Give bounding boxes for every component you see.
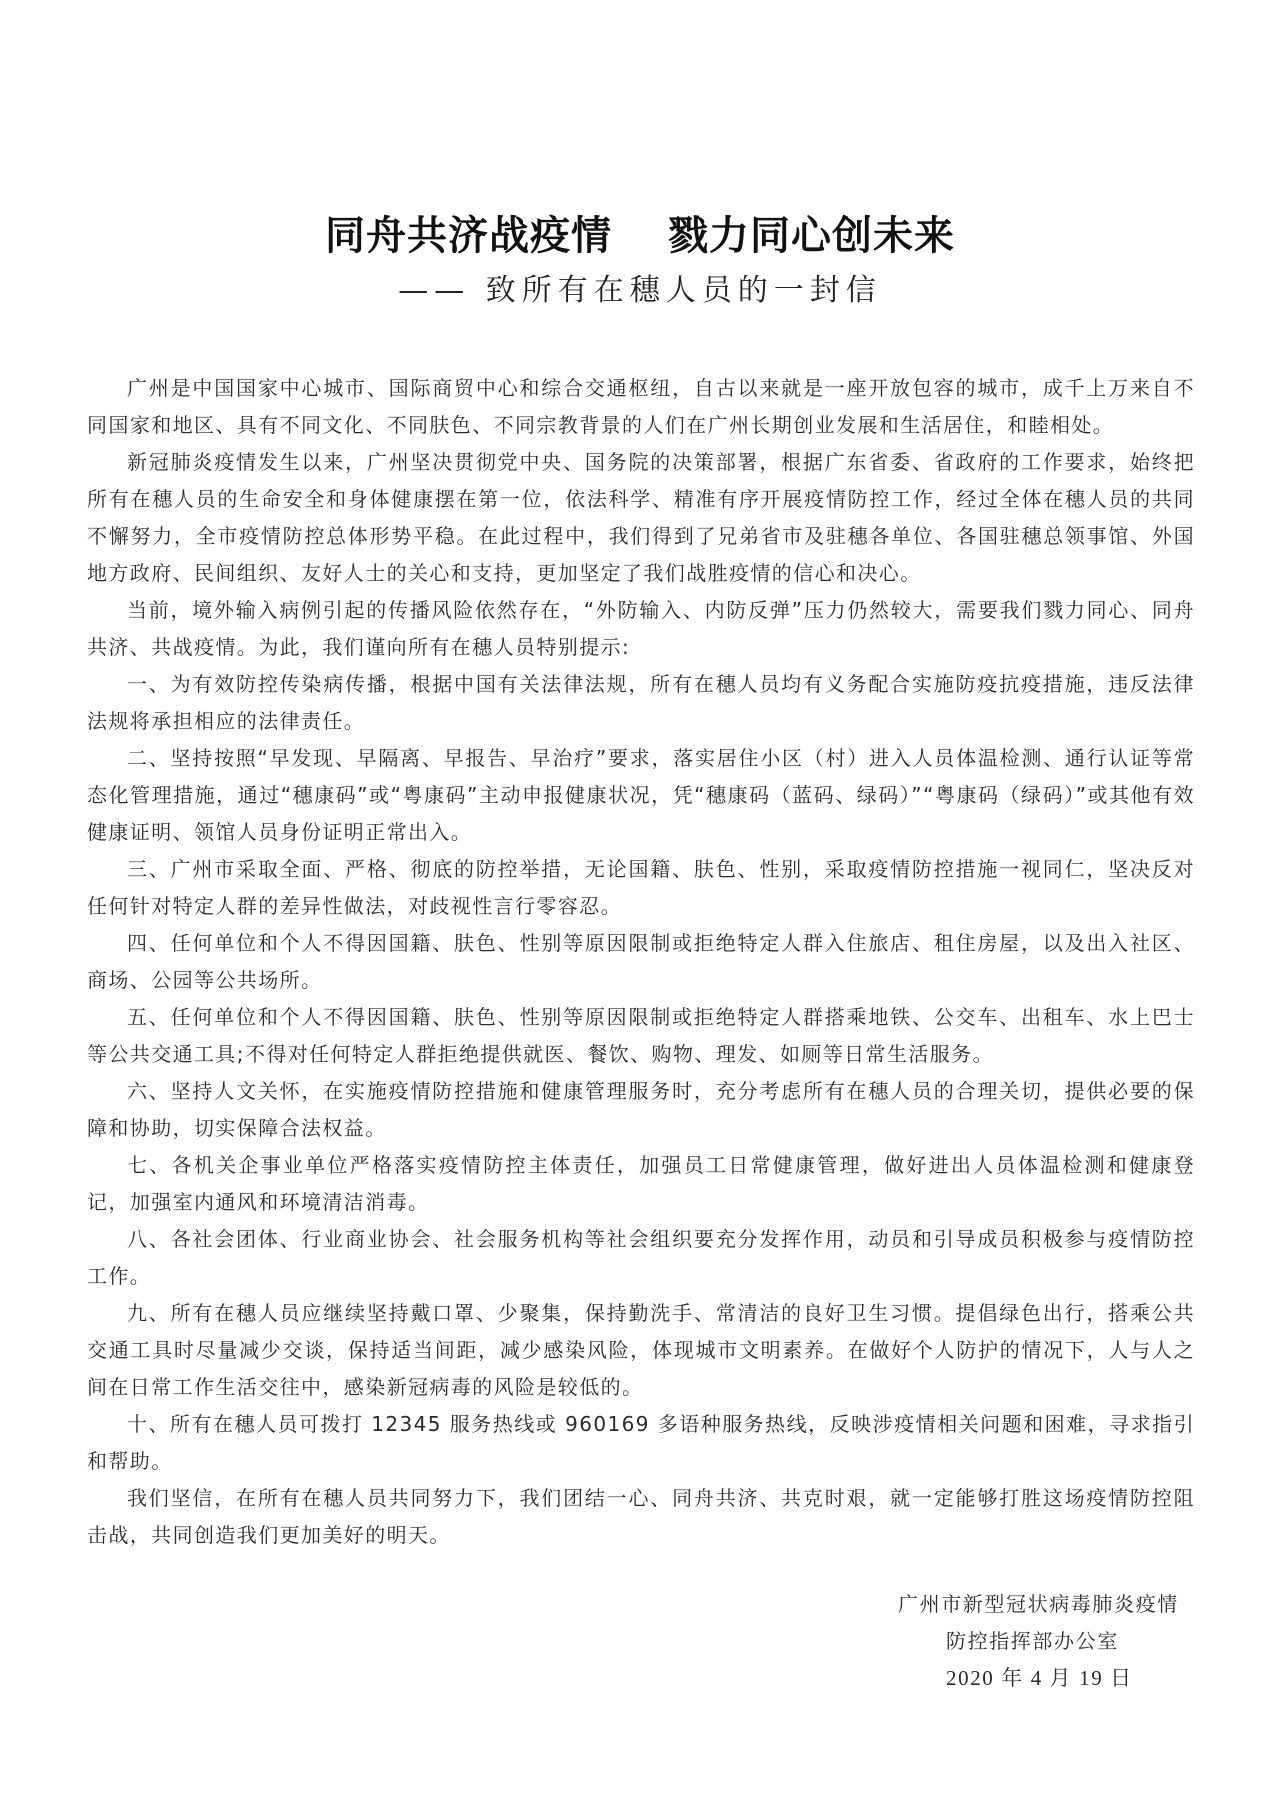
paragraph-item-7: 七、各机关企事业单位严格落实疫情防控主体责任，加强员工日常健康管理，做好进出人员… xyxy=(87,1147,1195,1221)
signature-org-line-1: 广州市新型冠状病毒肺炎疫情 xyxy=(860,1586,1200,1623)
paragraph-current-situation: 当前，境外输入病例引起的传播风险依然存在，“外防输入、内防反弹”压力仍然较大，需… xyxy=(87,592,1195,666)
page-subtitle: —— 致所有在穗人员的一封信 xyxy=(0,270,1280,312)
letter-body: 广州是中国国家中心城市、国际商贸中心和综合交通枢纽，自古以来就是一座开放包容的城… xyxy=(87,370,1195,1554)
paragraph-item-8: 八、各社会团体、行业商业协会、社会服务机构等社会组织要充分发挥作用，动员和引导成… xyxy=(87,1221,1195,1295)
paragraph-item-10: 十、所有在穗人员可拨打 12345 服务热线或 960169 多语种服务热线，反… xyxy=(87,1406,1195,1480)
paragraph-item-2: 二、坚持按照“早发现、早隔离、早报告、早治疗”要求，落实居住小区（村）进入人员体… xyxy=(87,740,1195,851)
paragraph-item-4: 四、任何单位和个人不得因国籍、肤色、性别等原因限制或拒绝特定人群入住旅店、租住房… xyxy=(87,925,1195,999)
paragraph-intro: 广州是中国国家中心城市、国际商贸中心和综合交通枢纽，自古以来就是一座开放包容的城… xyxy=(87,370,1195,444)
document-page: 同舟共济战疫情 戮力同心创未来 —— 致所有在穗人员的一封信 广州是中国国家中心… xyxy=(0,0,1280,1811)
signature-date: 2020 年 4 月 19 日 xyxy=(860,1660,1200,1697)
signature-org-line-2: 防控指挥部办公室 xyxy=(860,1623,1200,1660)
paragraph-item-6: 六、坚持人文关怀，在实施疫情防控措施和健康管理服务时，充分考虑所有在穗人员的合理… xyxy=(87,1073,1195,1147)
paragraph-item-9: 九、所有在穗人员应继续坚持戴口罩、少聚集，保持勤洗手、常清洁的良好卫生习惯。提倡… xyxy=(87,1295,1195,1406)
paragraph-background: 新冠肺炎疫情发生以来，广州坚决贯彻党中央、国务院的决策部署，根据广东省委、省政府… xyxy=(87,444,1195,592)
paragraph-closing: 我们坚信，在所有在穗人员共同努力下，我们团结一心、同舟共济、共克时艰，就一定能够… xyxy=(87,1480,1195,1554)
paragraph-item-3: 三、广州市采取全面、严格、彻底的防控举措，无论国籍、肤色、性别，采取疫情防控措施… xyxy=(87,851,1195,925)
signature-block: 广州市新型冠状病毒肺炎疫情 防控指挥部办公室 2020 年 4 月 19 日 xyxy=(860,1586,1200,1697)
paragraph-item-5: 五、任何单位和个人不得因国籍、肤色、性别等原因限制或拒绝特定人群搭乘地铁、公交车… xyxy=(87,999,1195,1073)
paragraph-item-1: 一、为有效防控传染病传播，根据中国有关法律法规，所有在穗人员均有义务配合实施防疫… xyxy=(87,666,1195,740)
page-title: 同舟共济战疫情 戮力同心创未来 xyxy=(0,210,1280,262)
